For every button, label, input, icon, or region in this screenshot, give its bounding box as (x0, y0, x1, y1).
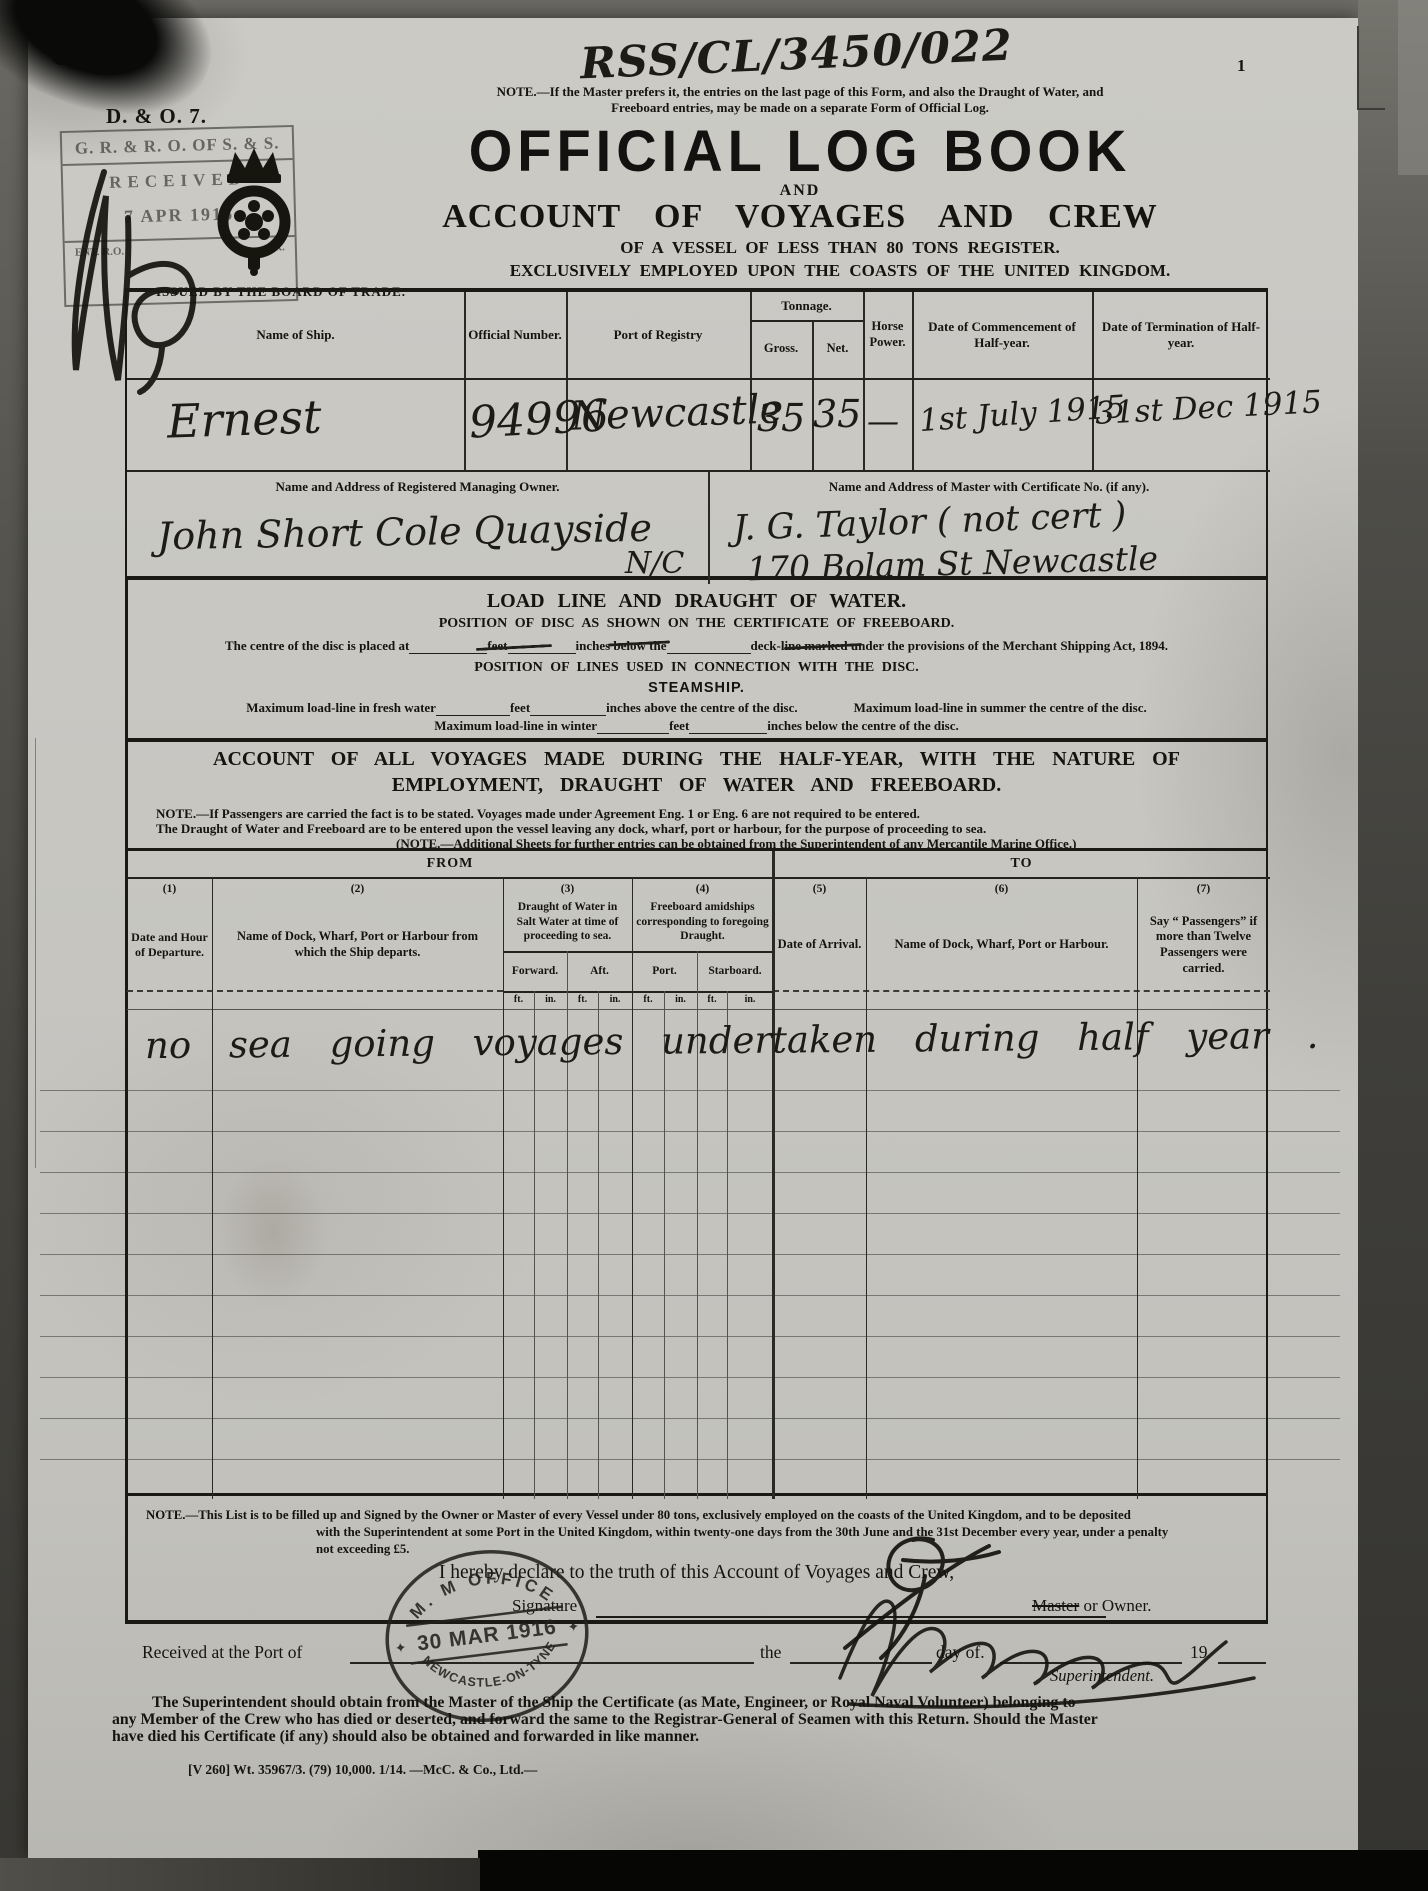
received-the: the (760, 1642, 781, 1663)
bottom-note-line3: not exceeding £5. (316, 1542, 409, 1557)
in-label: in. (664, 991, 697, 1009)
main-title: OFFICIAL LOG BOOK (360, 117, 1240, 185)
svg-text:✦: ✦ (394, 1639, 408, 1656)
col-label-5: Date of Arrival. (777, 899, 862, 991)
ft-label: ft. (697, 991, 727, 1009)
page-number: 1 (1237, 56, 1246, 76)
blank-fresh-inches (530, 702, 606, 716)
header-official-number: Official Number. (464, 292, 566, 378)
voyage-to-header: TO (773, 851, 1270, 877)
superintendent-label: Superintendent. (1050, 1666, 1154, 1686)
top-note-line2: Freeboard entries, may be made on a sepa… (450, 100, 1150, 116)
col-label-6: Name of Dock, Wharf, Port or Harbour. (887, 899, 1116, 991)
value-net: 35 (813, 392, 861, 436)
fresh-suffix: inches above the centre of the disc. (606, 700, 797, 716)
blank-winter-feet (597, 720, 669, 734)
subcol-starboard: Starboard. (697, 951, 773, 991)
subtitle-account: ACCOUNT OF VOYAGES AND CREW (320, 198, 1280, 236)
loadline-fresh-line: Maximum load-line in fresh waterfeetinch… (125, 700, 1268, 716)
received-prefix: Received at the Port of (142, 1642, 302, 1662)
winter-suffix: inches below the centre of the disc. (767, 718, 958, 734)
value-date-termination: 31st Dec 1915 (1094, 384, 1323, 432)
age-smudge (218, 1158, 328, 1308)
col-label-7: Say “ Passengers” if more than Twelve Pa… (1141, 899, 1266, 991)
owner-label: Name and Address of Registered Managing … (127, 470, 708, 504)
col-num-7: (7) (1137, 881, 1270, 897)
bottom-note-line1: NOTE.—This List is to be filled up and S… (146, 1508, 1131, 1523)
bottom-note-line2: with the Superintendent at some Port in … (316, 1525, 1168, 1540)
loadline-winter-line: Maximum load-line in winterfeetinches be… (125, 718, 1268, 734)
in-label: in. (534, 991, 567, 1009)
blank-feet (409, 640, 487, 654)
col-label-3: Draught of Water in Salt Water at time o… (507, 895, 628, 949)
header-horse-power: Horse Power. (863, 292, 912, 378)
loadline-title: LOAD LINE AND DRAUGHT OF WATER. (125, 590, 1268, 613)
account-note2: The Draught of Water and Freeboard are t… (156, 821, 986, 837)
owner-value: John Short Cole Quayside (157, 506, 653, 559)
owner-value2: N/C (625, 546, 684, 581)
closing-line3: have died his Certificate (if any) shoul… (112, 1728, 699, 1746)
fresh-prefix: Maximum load-line in fresh water (246, 700, 436, 716)
account-note1: NOTE.—If Passengers are carried the fact… (156, 806, 920, 822)
pencil-corner-line-v (1357, 26, 1359, 110)
value-ship-name: Ernest (166, 389, 322, 448)
col-num-5: (5) (773, 881, 866, 897)
header-gross: Gross. (750, 320, 812, 378)
col-num-1: (1) (127, 881, 212, 897)
page-edge-line (35, 738, 36, 1168)
subcol-forward: Forward. (503, 951, 567, 991)
col-label-1: Date and Hour of Departure. (129, 899, 210, 991)
header-tonnage: Tonnage. (750, 292, 863, 320)
col-num-6: (6) (866, 881, 1137, 897)
dashed-rule (127, 990, 503, 992)
summer-text: Maximum load-line in summer the centre o… (854, 700, 1147, 716)
account-title2: EMPLOYMENT, DRAUGHT OF WATER AND FREEBOA… (125, 774, 1268, 797)
header-horse-line1: Horse (872, 319, 904, 335)
blank-winter-inches (689, 720, 767, 734)
header-date-commencement: Date of Commencement of Half-year. (917, 292, 1087, 378)
scanned-log-book-page: { "page": { "reference": "RSS/CL/3450/02… (0, 0, 1428, 1891)
loadline-steamship: STEAMSHIP. (125, 680, 1268, 696)
voyage-from-header: FROM (127, 851, 773, 877)
top-note: NOTE.—If the Master prefers it, the entr… (450, 84, 1150, 116)
ship-details-table: Name of Ship. Official Number. Port of R… (125, 288, 1268, 580)
received-underline1 (350, 1662, 754, 1664)
handwritten-reference: RSS/CL/3450/022 (579, 21, 1014, 90)
header-horse-line2: Power. (870, 335, 906, 351)
in-label: in. (598, 991, 632, 1009)
dashed-rule (773, 990, 1270, 992)
centre-prefix: The centre of the disc is placed at (225, 638, 409, 654)
winter-feet: feet (669, 718, 689, 734)
loadline-centre-line: The centre of the disc is placed atfeeti… (125, 638, 1268, 654)
svg-text:✦: ✦ (567, 1618, 581, 1635)
subcol-port: Port. (632, 951, 697, 991)
top-note-line1: NOTE.—If the Master prefers it, the entr… (450, 84, 1150, 100)
bottom-gray-band (0, 1858, 480, 1891)
blank-fresh-feet (436, 702, 510, 716)
loadline-subtitle: POSITION OF DISC AS SHOWN ON THE CERTIFI… (125, 616, 1268, 632)
subtitle-coasts: EXCLUSIVELY EMPLOYED UPON THE COASTS OF … (360, 261, 1320, 281)
section-rule (125, 738, 1268, 742)
subtitle-vessel: OF A VESSEL OF LESS THAN 80 TONS REGISTE… (360, 238, 1320, 258)
header-name-of-ship: Name of Ship. (127, 292, 464, 378)
value-horse-power: — (867, 402, 899, 440)
right-band-highlight (1398, 0, 1428, 175)
ft-label: ft. (567, 991, 598, 1009)
blank-deckline (667, 640, 751, 654)
winter-prefix: Maximum load-line in winter (434, 718, 597, 734)
value-port: Newcastle (570, 386, 784, 439)
value-gross: 35 (757, 396, 805, 440)
col-num-2: (2) (212, 881, 503, 897)
received-line: Received at the Port of (142, 1642, 302, 1663)
ft-label: ft. (503, 991, 534, 1009)
header-date-termination: Date of Termination of Half-year. (1097, 292, 1265, 378)
fresh-feet: feet (510, 700, 530, 716)
right-scan-band (1358, 0, 1428, 1891)
col-label-4: Freeboard amidships corresponding to for… (636, 895, 769, 949)
closing-line2: any Member of the Crew who has died or d… (112, 1711, 1098, 1729)
closing-line1: The Superintendent should obtain from th… (152, 1694, 1076, 1712)
ft-label: ft. (632, 991, 664, 1009)
bottom-black-band (478, 1850, 1428, 1891)
account-title1: ACCOUNT OF ALL VOYAGES MADE DURING THE H… (125, 748, 1268, 771)
pencil-corner-line-h (1357, 108, 1385, 110)
in-label: in. (727, 991, 773, 1009)
header-net: Net. (812, 320, 863, 378)
subcol-aft: Aft. (567, 951, 632, 991)
col-label-2: Name of Dock, Wharf, Port or Harbour fro… (232, 899, 483, 991)
printer-imprint: [V 260] Wt. 35967/3. (79) 10,000. 1/14. … (188, 1762, 537, 1778)
header-port-of-registry: Port of Registry (566, 292, 750, 378)
loadline-position-lines: POSITION OF LINES USED IN CONNECTION WIT… (125, 660, 1268, 676)
document-paper: RSS/CL/3450/022 1 D. & O. 7. NOTE.—If th… (28, 18, 1358, 1858)
voyage-entry-handwriting: no sea going voyages undertaken during h… (145, 1014, 1319, 1067)
